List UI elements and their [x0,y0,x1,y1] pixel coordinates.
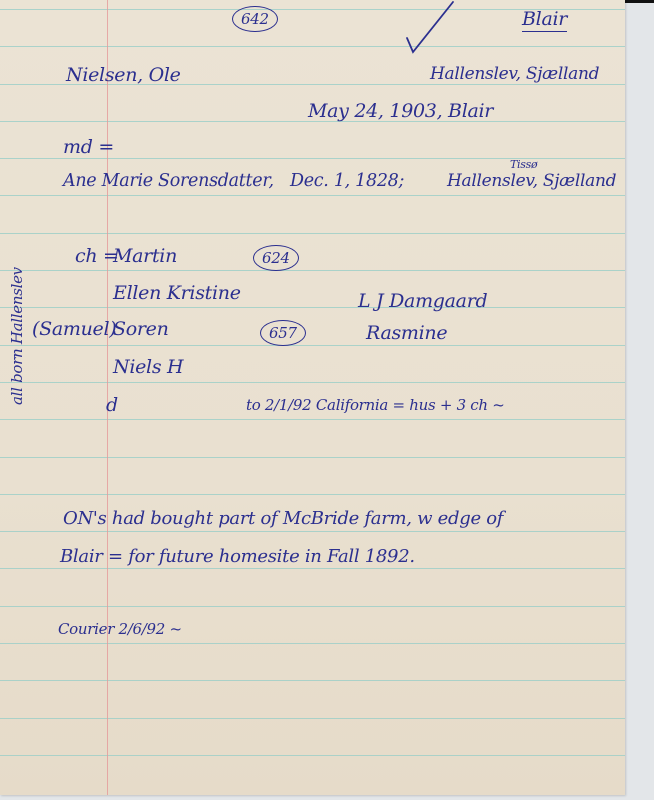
record-number: 642 [232,6,278,32]
person-name: Nielsen, Ole [66,64,181,86]
rule-line [0,680,625,681]
child-ref-number: 624 [253,245,299,271]
child-spouse: Rasmine [366,322,447,344]
rule-line [0,46,625,47]
rule-line [0,531,625,532]
rule-line [0,568,625,569]
rule-line [0,494,625,495]
rule-line [0,457,625,458]
spouse-name: Ane Marie Sorensdatter, [63,171,274,191]
note-line-2: Blair = for future homesite in Fall 1892… [60,546,415,567]
rule-line [0,755,625,756]
scan-edge-strip [625,0,654,3]
rule-line [0,643,625,644]
child-ref-number: 657 [260,320,306,346]
rule-line [0,419,625,420]
death-record: May 24, 1903, Blair [308,100,493,122]
location-tag: Blair [522,8,567,32]
rule-line [0,382,625,383]
rule-line [0,233,625,234]
birthplace: Hallenslev, Sjælland [430,64,599,84]
note-line-1: ON's had bought part of McBride farm, w … [63,508,503,529]
child-spouse: L J Damgaard [358,290,487,312]
rule-line [0,606,625,607]
rule-line [0,307,625,308]
checkmark-icon [405,0,465,60]
rule-line [0,195,625,196]
child-name: Ellen Kristine [113,282,241,304]
side-note-all-born: all born Hallenslev [8,267,26,405]
child-name: Soren [113,318,169,340]
married-label: md = [63,136,114,158]
spouse-parish-note: Tissø [510,158,537,171]
rule-line [0,270,625,271]
child-name: Niels H [113,356,183,378]
child-alt-name: (Samuel) [32,318,116,340]
death-label: d [106,394,118,416]
emigration-note: to 2/1/92 California = hus + 3 ch ~ [246,396,504,414]
spouse-birthplace: Hallenslev, Sjælland [447,171,616,191]
spouse-birth-date: Dec. 1, 1828; [290,171,404,191]
rule-line [0,718,625,719]
child-name: Martin [113,245,177,267]
ruled-paper-sheet: 642 Blair Nielsen, Ole Hallenslev, Sjæll… [0,0,625,795]
rule-line [0,345,625,346]
source-citation: Courier 2/6/92 ~ [58,620,182,638]
